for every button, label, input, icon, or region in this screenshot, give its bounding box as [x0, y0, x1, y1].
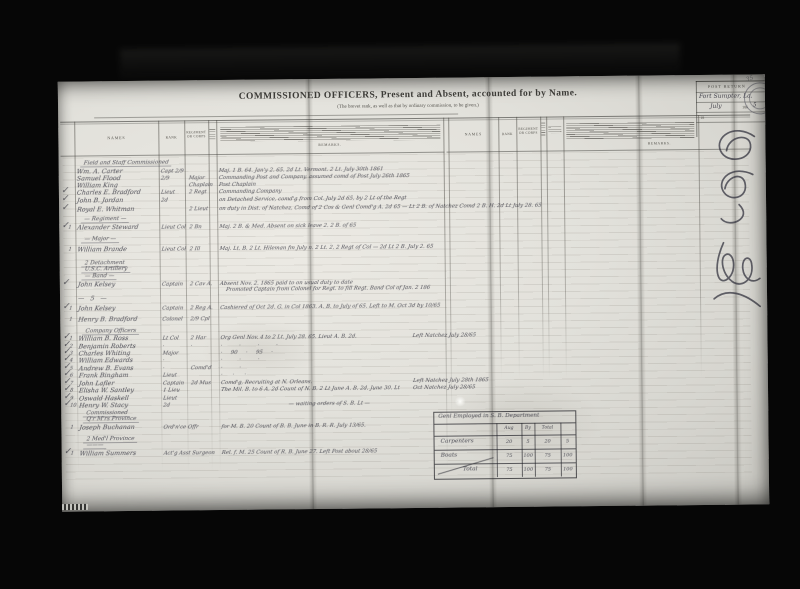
row-number: 1	[70, 451, 74, 457]
officer-name: Joseph Buchanan	[79, 424, 135, 432]
summary-line	[434, 434, 575, 436]
officer-remark: on duty in Dist. of Natchez, Comd of 2 C…	[219, 203, 542, 212]
officer-rank: 2d	[161, 198, 169, 204]
summary-total-value: 75	[535, 466, 561, 472]
officer-name: Alexander Steward	[77, 224, 139, 232]
row-number: 1	[68, 247, 72, 253]
summary-total-value: 100	[561, 466, 575, 472]
summary-value: 75	[535, 452, 561, 458]
officer-name: John B. Jordan	[77, 197, 124, 204]
officer-rank: ·	[162, 344, 164, 350]
officer-remark-tail: Left Natchez July 28/65	[412, 332, 476, 339]
officer-rank: Captain	[162, 281, 184, 287]
officer-rank: Lieut	[162, 372, 177, 378]
officer-remark: · · ·	[220, 372, 246, 378]
summary-value: 20	[535, 438, 561, 444]
row-number: 1	[69, 306, 73, 312]
officer-name: John Kelsey	[78, 305, 116, 312]
officer-rank: ·	[162, 358, 164, 364]
officer-name: William Brande	[77, 246, 127, 254]
officer-regiment: ·	[190, 343, 192, 349]
officer-rank: Act'g Asst Surgeon	[163, 450, 215, 457]
summary-total-value: 75	[497, 467, 522, 473]
scan-glare-spot	[454, 396, 466, 406]
officer-regiment: 2 Bn	[189, 224, 202, 230]
officer-remark-tail: Oct Natchez July 28/65	[413, 384, 476, 391]
officer-name: William Summers	[79, 450, 136, 458]
officer-remark: Commanding Post and Company, assumed com…	[218, 173, 410, 181]
officer-remark: Comd'g, Recruiting at N. Orleans.	[221, 379, 313, 386]
section-heading: ———	[83, 442, 107, 449]
officer-remark: · · · ·	[220, 342, 278, 349]
officer-name: — 5 —	[78, 295, 108, 302]
section-heading: Field and Staff Commissioned	[80, 160, 172, 168]
officer-remark: Org Genl Nov. 4 to 2 Lt. July 28. 65. Li…	[220, 334, 357, 341]
summary-value: 100	[561, 452, 575, 458]
checkmark: ✓	[62, 277, 71, 288]
summary-header: By	[521, 426, 534, 431]
section-heading: — Regiment —	[81, 216, 130, 224]
officer-remark: — waiting orders of S. B. Lt —	[221, 400, 371, 408]
officer-rank: Capt 2/9	[160, 168, 184, 174]
scanned-document-frame: COMMISSIONED OFFICERS, Present and Absen…	[0, 0, 800, 589]
officer-remark: The Mil. B. to 6 A. 2d Count of N. B. 2 …	[221, 385, 401, 393]
officer-rank: 1 Lieu	[163, 387, 181, 393]
summary-line	[434, 422, 575, 424]
officer-regiment: 2 Regt	[189, 189, 207, 195]
officer-remark: · ·	[220, 365, 241, 371]
officer-name: Royal E. Whitman	[77, 206, 135, 214]
officer-rank: 2/9	[160, 176, 169, 182]
officer-regiment: 2 Cav A.	[190, 281, 213, 287]
officer-rank: Lieut Col	[161, 224, 186, 230]
officer-regiment: Comd'd	[190, 365, 211, 371]
officer-name: John Kelsey	[77, 281, 115, 288]
officer-rank: Lieut	[161, 189, 176, 195]
officer-remark: for M. B. 20 Count of B. B. June in B. R…	[221, 423, 366, 431]
summary-value: 20	[497, 439, 522, 445]
officer-rank: ·	[162, 366, 164, 372]
summary-value: 5	[522, 439, 535, 445]
officer-rank: Ord'n'ce Offr	[163, 424, 199, 430]
summary-title: Genl Employed in S. B. Department	[438, 413, 539, 420]
officer-remark: on Detached Service, comd'g from Col. Ju…	[219, 195, 407, 203]
officer-regiment: 2 Reg A.	[190, 305, 214, 311]
officer-regiment: 2 Har	[190, 335, 206, 341]
officer-name: Charles E. Bradford	[76, 189, 141, 197]
officer-regiment: 2d Mus	[191, 380, 212, 386]
summary-value: 100	[522, 453, 535, 459]
officer-remark: Cashiered of Oct 2d. G. in Col 1863. A. …	[220, 303, 441, 311]
officer-regiment: Chaplain	[188, 182, 213, 188]
summary-total-label: Total	[463, 466, 478, 472]
officer-regiment: Major	[188, 175, 205, 181]
row-number: 1	[68, 225, 72, 231]
summary-header: Aug	[496, 426, 521, 431]
section-heading: Q'r M'rs Province	[83, 416, 140, 424]
section-heading: — Band —	[81, 273, 117, 280]
officer-remark: Maj. Lt. B. 2 Lt. Hileman fm July n. 2 L…	[219, 244, 434, 252]
officer-rank: 2d	[163, 403, 171, 409]
officer-entries: Field and Staff CommissionedWm. A. Carte…	[58, 74, 769, 511]
row-number: 10	[70, 403, 77, 409]
officer-rank: Major	[162, 350, 179, 356]
summary-row-label: Carpenters	[441, 438, 474, 444]
officer-rank: Captain	[162, 305, 184, 311]
summary-row-label: Boats	[441, 453, 458, 459]
officer-remark: Maj. 2 B. & Med. Absent on sick leave 2.…	[219, 223, 357, 230]
officer-regiment: 2/9 Cpl	[190, 316, 210, 322]
officer-name: Elisha W. Santley	[79, 387, 135, 395]
checkmark: ✓	[61, 202, 70, 213]
officer-rank: Lieut	[163, 395, 178, 401]
muster-roll-page: COMMISSIONED OFFICERS, Present and Absen…	[58, 74, 769, 511]
officer-regiment: 2 Lieut	[189, 206, 209, 212]
officer-rank: Captain	[163, 380, 185, 386]
summary-header: Total	[534, 425, 560, 430]
officer-remark: Rel. f. M. 25 Count of R. B. June 27. Le…	[221, 448, 377, 456]
officer-rank: Lt Col	[162, 335, 179, 341]
summary-value: 75	[497, 453, 522, 459]
officer-name: Henry W. Stacy	[79, 402, 129, 410]
officer-name: William B. Ross	[78, 335, 129, 343]
film-edge-mark	[62, 504, 88, 510]
section-heading: — Major —	[81, 236, 120, 243]
summary-line	[435, 448, 576, 450]
officer-name: William Edwards	[78, 357, 133, 365]
summary-value: 5	[561, 438, 575, 444]
officer-remark-tail: Left Natchez July 28th 1865	[413, 377, 489, 384]
officer-rank: Lieut Col	[161, 246, 186, 252]
officer-remark: Commanding Company	[219, 188, 282, 195]
row-number: 1	[69, 317, 73, 323]
officer-remark: · · ·	[220, 357, 260, 363]
summary-total-value: 100	[522, 467, 535, 473]
officer-remark: Promoted Captain from Colonel for Regt. …	[226, 285, 431, 293]
row-number: 1	[70, 425, 74, 431]
officer-name: Frank Bingham	[78, 372, 128, 380]
officer-remark: Post Chaplain	[218, 182, 256, 188]
officer-name: Henry B. Bradford	[78, 316, 138, 324]
summary-table: Genl Employed in S. B. Department Aug By…	[433, 410, 577, 479]
officer-remark: · 90 · 95 ·	[220, 349, 273, 356]
officer-regiment: 2 Ill	[189, 246, 200, 252]
officer-rank: Colonel	[162, 316, 183, 322]
summary-line	[435, 462, 576, 464]
